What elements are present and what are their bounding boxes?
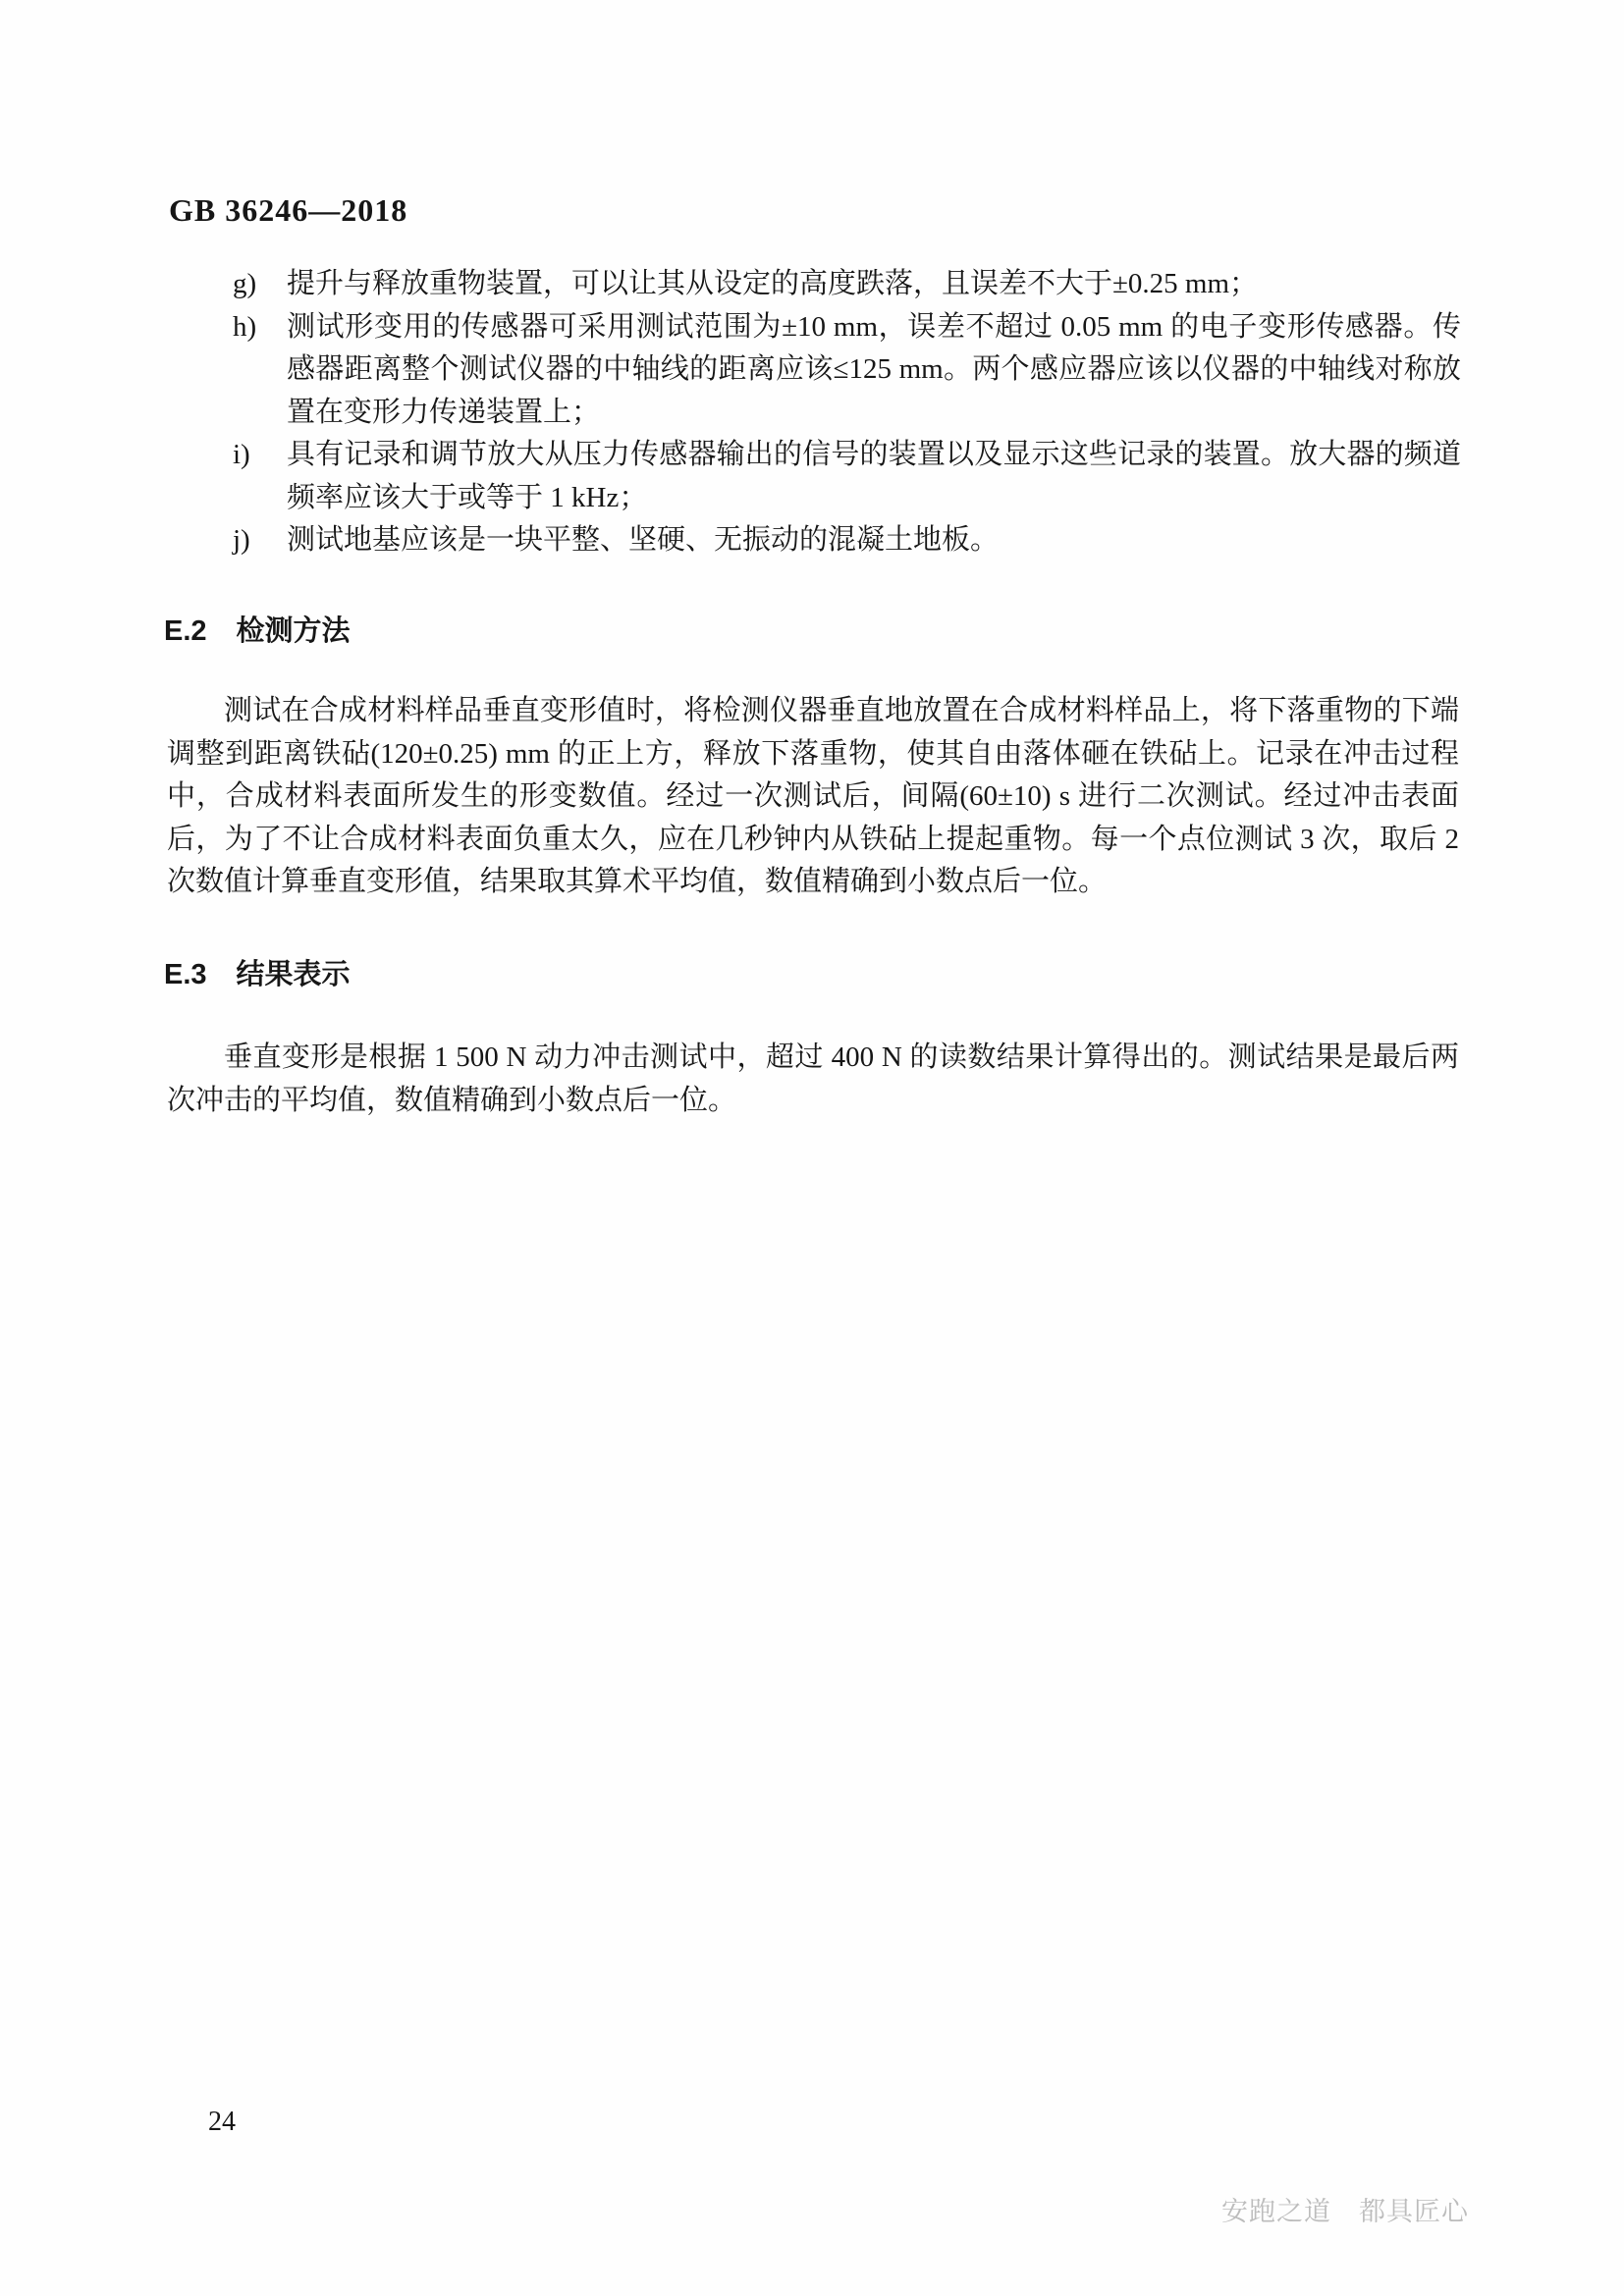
- clause-list: g) 提升与释放重物装置，可以让其从设定的高度跌落，且误差不大于±0.25 mm…: [167, 263, 1461, 562]
- list-item: h) 测试形变用的传感器可采用测试范围为±10 mm，误差不超过 0.05 mm…: [167, 306, 1461, 435]
- document-page: GB 36246—2018 g) 提升与释放重物装置，可以让其从设定的高度跌落，…: [0, 0, 1624, 2296]
- section-heading-e3: E.3结果表示: [164, 952, 351, 992]
- list-item: j) 测试地基应该是一块平整、坚硬、无振动的混凝土地板。: [167, 519, 1461, 562]
- list-item: i) 具有记录和调节放大从压力传感器输出的信号的装置以及显示这些记录的装置。放大…: [167, 434, 1461, 519]
- section-heading-e2: E.2检测方法: [164, 609, 351, 649]
- section-title: 检测方法: [237, 615, 351, 647]
- list-item-text: 具有记录和调节放大从压力传感器输出的信号的装置以及显示这些记录的装置。放大器的频…: [287, 434, 1461, 519]
- page-number: 24: [208, 2107, 236, 2138]
- section-title: 结果表示: [237, 959, 351, 990]
- list-item: g) 提升与释放重物装置，可以让其从设定的高度跌落，且误差不大于±0.25 mm…: [167, 263, 1461, 306]
- section-number: E.2: [164, 615, 207, 647]
- section-number: E.3: [164, 959, 207, 990]
- paragraph-result-expression: 垂直变形是根据 1 500 N 动力冲击测试中，超过 400 N 的读数结果计算…: [167, 1037, 1459, 1122]
- standard-number-header: GB 36246—2018: [169, 192, 407, 229]
- list-item-marker: j): [233, 519, 287, 562]
- watermark-text: 安跑之道 都具匠心: [1221, 2190, 1469, 2228]
- paragraph-test-method: 测试在合成材料样品垂直变形值时，将检测仪器垂直地放置在合成材料样品上，将下落重物…: [167, 690, 1459, 904]
- list-item-marker: i): [233, 434, 287, 519]
- list-item-text: 提升与释放重物装置，可以让其从设定的高度跌落，且误差不大于±0.25 mm；: [287, 263, 1461, 306]
- list-item-text: 测试形变用的传感器可采用测试范围为±10 mm，误差不超过 0.05 mm 的电…: [287, 306, 1461, 435]
- list-item-text: 测试地基应该是一块平整、坚硬、无振动的混凝土地板。: [287, 519, 1461, 562]
- list-item-marker: h): [233, 306, 287, 435]
- list-item-marker: g): [233, 263, 287, 306]
